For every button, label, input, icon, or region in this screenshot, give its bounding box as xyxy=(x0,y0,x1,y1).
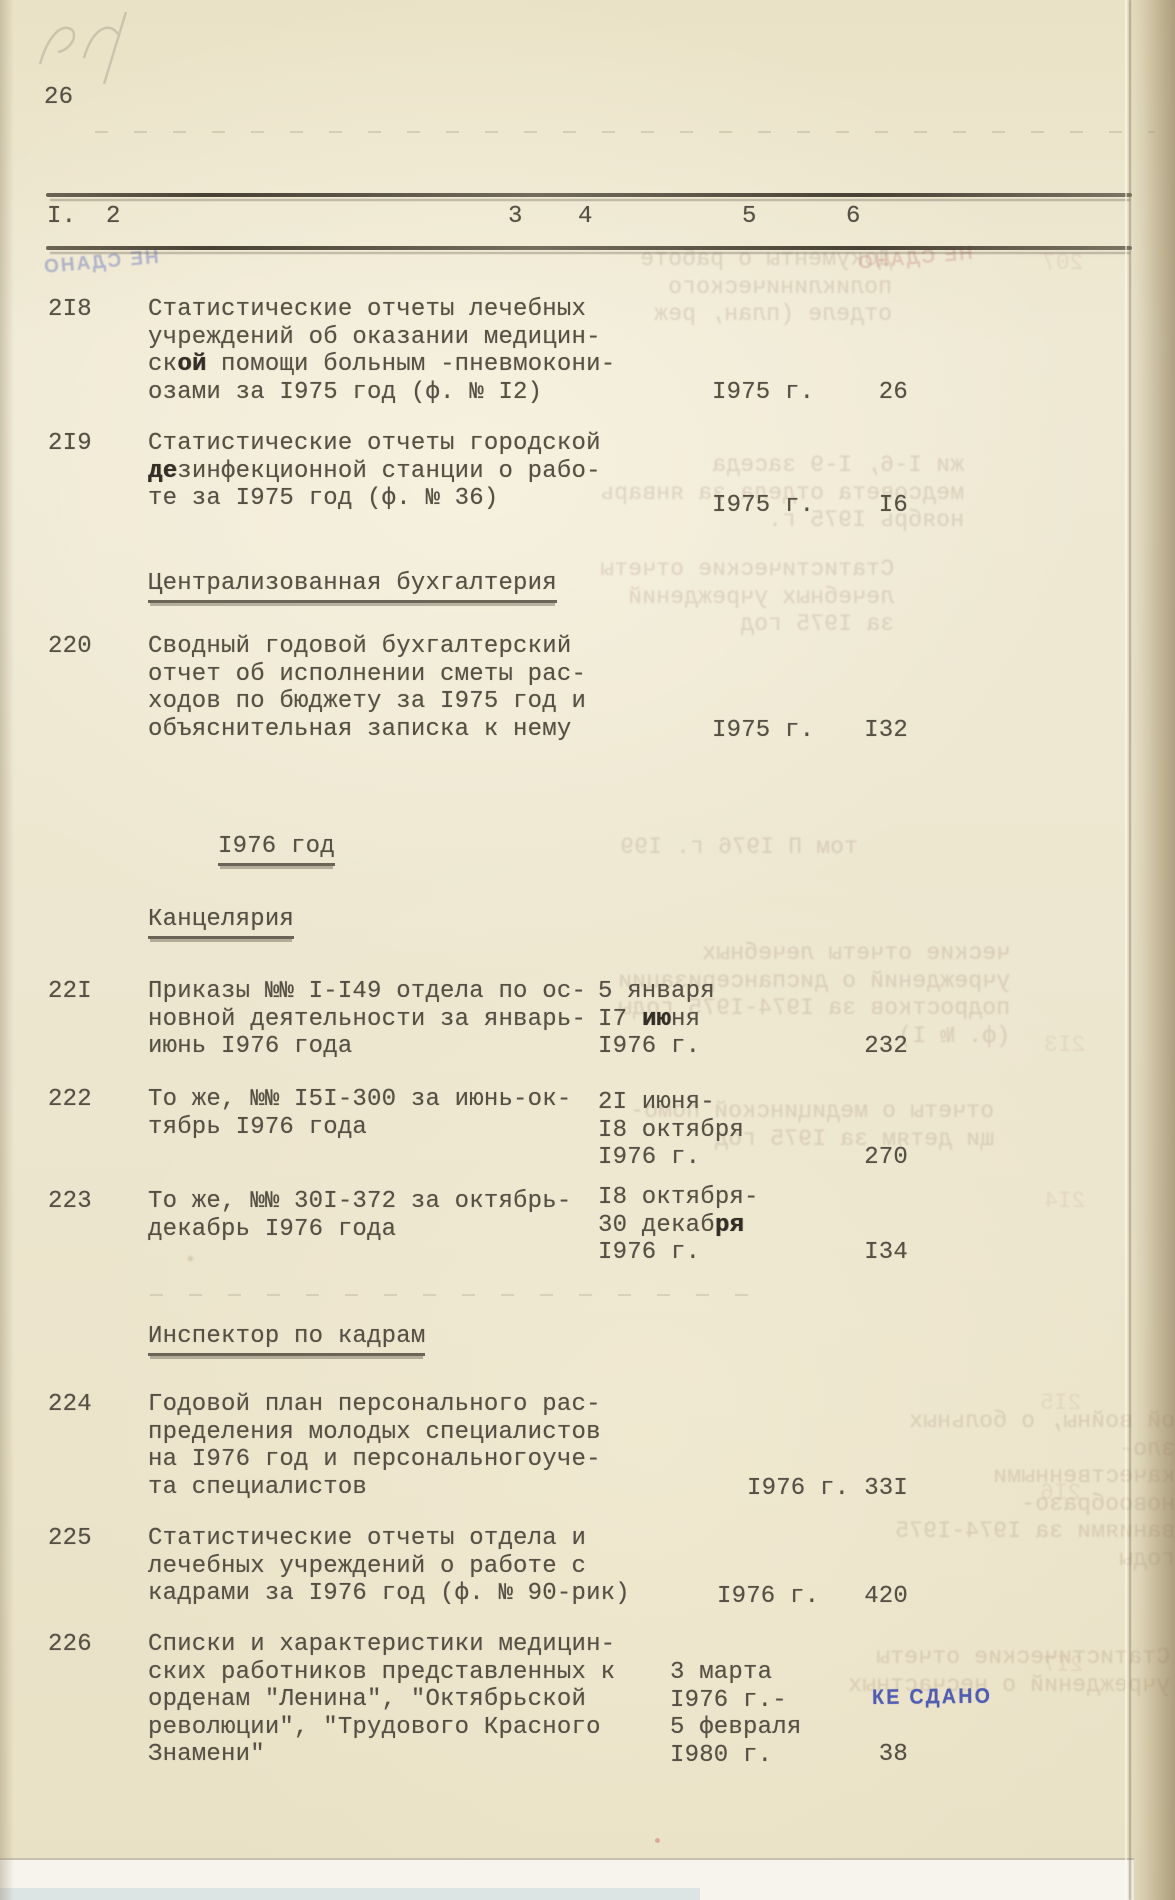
column-header-1: I. xyxy=(47,203,76,231)
bleedthrough-entry-number: 2I5 xyxy=(1040,1390,1081,1416)
entry-title: Сводный годовой бухгалтерскийотчет об ис… xyxy=(148,633,693,743)
entry-number: 224 xyxy=(48,1391,92,1419)
entry-number: 2I9 xyxy=(48,430,92,458)
bleedthrough-entry-number: 2I7 xyxy=(1042,1652,1083,1678)
pencil-scribble xyxy=(18,6,188,96)
section-heading-chancellery: Канцелярия xyxy=(148,906,294,939)
bleedthrough-text: том П I976 г. I99 xyxy=(620,834,858,862)
table-header-rule-top xyxy=(46,193,1132,197)
entry-page-count: 33I xyxy=(796,1475,908,1503)
entry-number: 226 xyxy=(48,1631,92,1659)
faint-dashed-line xyxy=(150,1294,770,1296)
page-fold-highlight xyxy=(1125,0,1127,1900)
archival-stamp: КЕ СДАНО xyxy=(872,1685,992,1710)
entry-title: Списки и характеристики медицин-ских раб… xyxy=(148,1631,693,1769)
faint-dashed-line xyxy=(95,131,1155,133)
year-heading: I976 год xyxy=(218,833,335,866)
page-number: 26 xyxy=(44,84,73,112)
column-header-2: 2 xyxy=(106,203,121,231)
paper-stain xyxy=(188,1256,193,1261)
entry-page-count: 270 xyxy=(796,1144,908,1172)
section-heading-accounting: Централизованная бухгалтерия xyxy=(148,570,557,603)
scanned-archive-page: { "page_number": "26", "colors": {"paper… xyxy=(0,0,1175,1900)
entry-page-count: I32 xyxy=(796,717,908,745)
entry-page-count: 232 xyxy=(796,1033,908,1061)
page-fold-shadow xyxy=(1129,0,1131,1900)
entry-number: 225 xyxy=(48,1525,92,1553)
paper-speck xyxy=(655,1838,660,1843)
entry-page-count: 420 xyxy=(796,1583,908,1611)
entry-page-count: I34 xyxy=(796,1239,908,1267)
scanner-bed-strip xyxy=(0,1888,700,1900)
entry-number: 223 xyxy=(48,1188,92,1216)
bleedthrough-text: Статистические отчеты лечебных учреждени… xyxy=(600,556,894,639)
entry-number: 222 xyxy=(48,1086,92,1114)
entry-page-count: 38 xyxy=(796,1741,908,1769)
entry-number: 220 xyxy=(48,633,92,661)
column-header-4: 4 xyxy=(578,203,593,231)
page-right-edge-shadow xyxy=(1125,0,1175,1900)
entry-title: Статистические отчеты лечебныхучреждений… xyxy=(148,296,693,406)
bleedthrough-entry-number: 2I3 xyxy=(1044,1032,1085,1058)
entry-number: 22I xyxy=(48,978,92,1006)
entry-page-count: 26 xyxy=(796,379,908,407)
entry-page-count: I6 xyxy=(796,492,908,520)
column-header-5: 5 xyxy=(742,203,757,231)
entry-title: Статистические отчеты городскойдезинфекц… xyxy=(148,430,693,513)
table-header-rule-bottom xyxy=(46,246,1132,250)
column-header-6: 6 xyxy=(846,203,861,231)
entry-title: Статистические отчеты отдела илечебных у… xyxy=(148,1525,693,1608)
column-header-3: 3 xyxy=(508,203,523,231)
bleedthrough-entry-number: 2I6 xyxy=(1040,1480,1081,1506)
entry-title: Годовой план персонального рас-пределени… xyxy=(148,1391,693,1501)
bleedthrough-entry-number: 2I4 xyxy=(1044,1188,1085,1214)
section-heading-hr-inspector: Инспектор по кадрам xyxy=(148,1323,425,1356)
entry-number: 2I8 xyxy=(48,296,92,324)
page-left-edge-shadow xyxy=(0,0,14,1900)
